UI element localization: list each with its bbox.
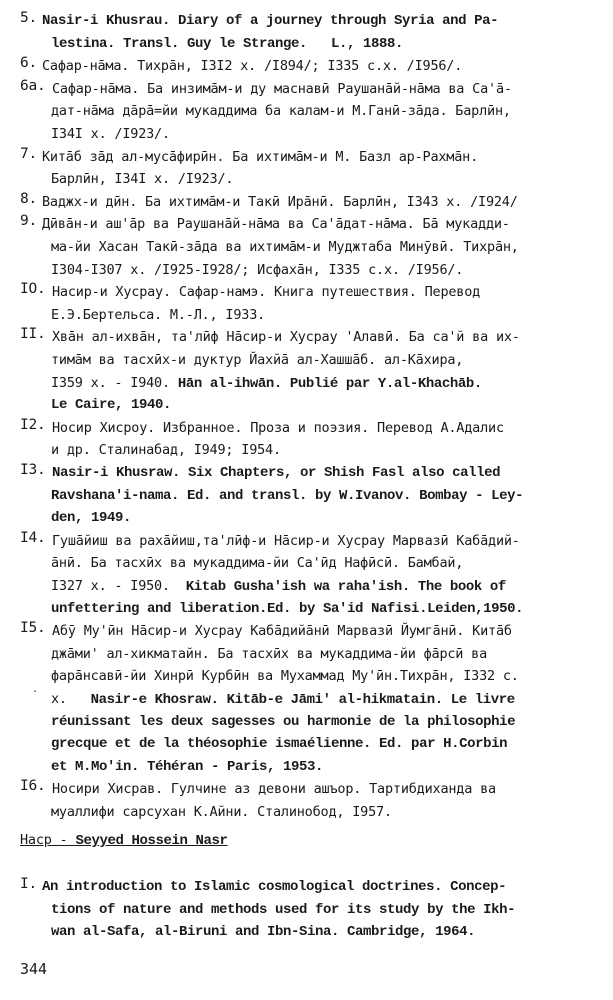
entry-line: Сафар-нāма. Тихрāн, I3I2 х. /I894/; I335… bbox=[20, 55, 595, 78]
bibliography-entry: 5.Nasir-i Khusrau. Diary of a journey th… bbox=[20, 10, 595, 55]
entry-line: I304-I307 х. /I925-I928/; Исфахāн, I335 … bbox=[20, 259, 595, 282]
entry-text: ма-йи Хасан Такӣ-зāда ва ихтимāм-и Муджт… bbox=[51, 239, 519, 255]
entry-text: Барлӣн, I34I х. /I923/. bbox=[51, 171, 233, 187]
entry-line: Барлӣн, I34I х. /I923/. bbox=[20, 168, 595, 191]
entry-line: Хвāн ал-ихвāн, та'лӣф Нāсир-и Хусрау 'Ал… bbox=[20, 326, 595, 349]
entry-text: фарāнсавӣ-йи Хинрӣ Курбӣн ва Мухаммад Му… bbox=[51, 668, 519, 684]
entry-latin-text: Kitab Gusha'ish wa raha'ish. The book of bbox=[186, 579, 506, 595]
entry-line: den, 1949. bbox=[20, 507, 595, 530]
stray-mark: · bbox=[32, 687, 38, 698]
entry-text: Насир-и Хусрау. Сафар-намэ. Книга путеше… bbox=[52, 284, 480, 300]
entry-text: Nasir-i Khusraw. Six Chapters, or Shish … bbox=[52, 465, 500, 481]
entry-text: I304-I307 х. /I925-I928/; Исфахāн, I335 … bbox=[51, 262, 463, 278]
entry-line: джāми' ал-хикматайн. Ба тасхӣх ва мукадд… bbox=[20, 643, 595, 666]
bibliography-entry: II.Хвāн ал-ихвāн, та'лӣф Нāсир-и Хусрау … bbox=[20, 326, 595, 416]
entry-number: 6. bbox=[20, 55, 37, 71]
entry-text: lestina. Transl. Guy le Strange. L., 188… bbox=[51, 36, 403, 52]
entry-number: 9. bbox=[20, 213, 37, 229]
entry-line: Дӣвāн-и аш'āр ва Раушанāй-нāма ва Са'āда… bbox=[20, 213, 595, 236]
entry-line: lestina. Transl. Guy le Strange. L., 188… bbox=[20, 33, 595, 56]
bibliography-entry: 7.Китāб зāд ал-мусāфирӣн. Ба ихтимāм-и М… bbox=[20, 146, 595, 191]
entry-text: Носири Хисрав. Гулчине аз девони ашъор. … bbox=[52, 781, 496, 797]
bibliography-entry: I2.Носир Хисроу. Избранное. Проза и поэз… bbox=[20, 417, 595, 462]
entry-number: 8. bbox=[20, 191, 37, 207]
entry-text: и др. Сталинабад, I949; I954. bbox=[51, 442, 281, 458]
bibliography-entry: I3.Nasir-i Khusraw. Six Chapters, or Shi… bbox=[20, 462, 595, 530]
entry-line: Сафар-нāма. Ба инзимāм-и ду маснавӣ Рауш… bbox=[20, 78, 595, 101]
entry-text: тимāм ва тасхӣх-и дуктур Йахйā ал-Хашшāб… bbox=[51, 352, 463, 368]
entry-number: 7. bbox=[20, 146, 37, 162]
entry-text: х. bbox=[51, 691, 91, 707]
entry-text: āнӣ. Ба тасхӣх ва мукаддима-йи Са'ӣд Наф… bbox=[51, 555, 463, 571]
bibliography-entry: 9.Дӣвāн-и аш'āр ва Раушанāй-нāма ва Са'ā… bbox=[20, 213, 595, 281]
entry-line: Насир-и Хусрау. Сафар-намэ. Книга путеше… bbox=[20, 281, 595, 304]
section-heading-latin: Seyyed Hossein Nasr bbox=[76, 833, 228, 849]
entry-line: I34I х. /I923/. bbox=[20, 123, 595, 146]
entry-line: An introduction to Islamic cosmological … bbox=[20, 876, 595, 899]
bibliography-entry: 6а.Сафар-нāма. Ба инзимāм-и ду маснавӣ Р… bbox=[20, 78, 595, 146]
bibliography-entry: I.An introduction to Islamic cosmologica… bbox=[20, 876, 595, 944]
entry-line: Гушāйиш ва рахāйиш,та'лӣф-и Нāсир-и Хуср… bbox=[20, 530, 595, 553]
bibliography-entry: 8.Ваджх-и дӣн. Ба ихтимāм-и Такӣ Ирāнӣ. … bbox=[20, 191, 595, 214]
entry-text: муаллифи сарсухан К.Айни. Сталинобод, I9… bbox=[51, 804, 392, 820]
entry-number: 6а. bbox=[20, 78, 46, 94]
entry-text: I359 х. - I940. bbox=[51, 375, 178, 391]
entry-line: дат-нāма дāрā=йи мукаддима ба калам-и М.… bbox=[20, 100, 595, 123]
entry-line: тимāм ва тасхӣх-и дуктур Йахйā ал-Хашшāб… bbox=[20, 349, 595, 372]
entry-number: 5. bbox=[20, 10, 37, 26]
entry-line: Ваджх-и дӣн. Ба ихтимāм-и Такӣ Ирāнӣ. Ба… bbox=[20, 191, 595, 214]
entry-text: Хвāн ал-ихвāн, та'лӣф Нāсир-и Хусрау 'Ал… bbox=[52, 329, 520, 345]
entry-number: I4. bbox=[20, 530, 46, 546]
entry-line: tions of nature and methods used for its… bbox=[20, 899, 595, 922]
entry-line: Ravshana'i-nama. Ed. and transl. by W.Iv… bbox=[20, 485, 595, 508]
entry-text: джāми' ал-хикматайн. Ба тасхӣх ва мукадд… bbox=[51, 646, 487, 662]
entry-text: unfettering and liberation.Ed. by Sa'id … bbox=[51, 601, 523, 617]
entry-latin-text: Hān al-ihwān. Publié par Y.al-Khachāb. bbox=[178, 376, 482, 392]
entry-line: и др. Сталинабад, I949; I954. bbox=[20, 439, 595, 462]
bibliography-entry: I4.Гушāйиш ва рахāйиш,та'лӣф-и Нāсир-и Х… bbox=[20, 530, 595, 620]
entry-number: I6. bbox=[20, 778, 46, 794]
entry-line: Le Caire, 1940. bbox=[20, 394, 595, 417]
entry-line: wan al-Safa, al-Biruni and Ibn-Sina. Cam… bbox=[20, 921, 595, 944]
entry-text: An introduction to Islamic cosmological … bbox=[42, 879, 506, 895]
entry-text: et M.Mo'in. Téhéran - Paris, 1953. bbox=[51, 759, 323, 775]
bibliography-entry: I6.Носири Хисрав. Гулчине аз девони ашъо… bbox=[20, 778, 595, 823]
entry-line: муаллифи сарсухан К.Айни. Сталинобод, I9… bbox=[20, 801, 595, 824]
entry-line: Носири Хисрав. Гулчине аз девони ашъор. … bbox=[20, 778, 595, 801]
entry-text: Сафар-нāма. Ба инзимāм-и ду маснавӣ Рауш… bbox=[52, 81, 512, 97]
bibliography-entry: 6.Сафар-нāма. Тихрāн, I3I2 х. /I894/; I3… bbox=[20, 55, 595, 78]
entry-line: et M.Mo'in. Téhéran - Paris, 1953. bbox=[20, 756, 595, 779]
entry-line: réunissant les deux sagesses ou harmonie… bbox=[20, 711, 595, 734]
entry-text: Носир Хисроу. Избранное. Проза и поэзия.… bbox=[52, 420, 504, 436]
entry-text: I34I х. /I923/. bbox=[51, 126, 170, 142]
entry-text: I327 х. - I950. bbox=[51, 578, 186, 594]
entry-line: I327 х. - I950. Kitab Gusha'ish wa raha'… bbox=[20, 575, 595, 598]
entry-line: ма-йи Хасан Такӣ-зāда ва ихтимāм-и Муджт… bbox=[20, 236, 595, 259]
entry-line: Nasir-i Khusraw. Six Chapters, or Shish … bbox=[20, 462, 595, 485]
entry-text: Ваджх-и дӣн. Ба ихтимāм-и Такӣ Ирāнӣ. Ба… bbox=[42, 194, 518, 210]
section-heading-separator: - bbox=[52, 832, 76, 848]
entry-text: den, 1949. bbox=[51, 510, 131, 526]
entry-line: āнӣ. Ба тасхӣх ва мукаддима-йи Са'ӣд Наф… bbox=[20, 552, 595, 575]
entry-line: grecque et de la théosophie ismaélienne.… bbox=[20, 733, 595, 756]
entry-line: Носир Хисроу. Избранное. Проза и поэзия.… bbox=[20, 417, 595, 440]
entry-text: Е.Э.Бертельса. М.-Л., I933. bbox=[51, 307, 265, 323]
entry-line: Абӯ Му'ӣн Нāсир-и Хусрау Кабāдийāнӣ Марв… bbox=[20, 620, 595, 643]
section-heading-cyrillic: Наср bbox=[20, 832, 52, 848]
entry-line: unfettering and liberation.Ed. by Sa'id … bbox=[20, 598, 595, 621]
entry-text: Китāб зāд ал-мусāфирӣн. Ба ихтимāм-и М. … bbox=[42, 149, 478, 165]
entry-text: Le Caire, 1940. bbox=[51, 397, 171, 413]
bibliography-entry: I5.Абӯ Му'ӣн Нāсир-и Хусрау Кабāдийāнӣ М… bbox=[20, 620, 595, 778]
entry-line: фарāнсавӣ-йи Хинрӣ Курбӣн ва Мухаммад Му… bbox=[20, 665, 595, 688]
entry-number: I5. bbox=[20, 620, 46, 636]
bibliography-entry: IO.Насир-и Хусрау. Сафар-намэ. Книга пут… bbox=[20, 281, 595, 326]
entry-number: II. bbox=[20, 326, 46, 342]
entry-number: I. bbox=[20, 876, 37, 892]
entry-number: IO. bbox=[20, 281, 46, 297]
entry-text: tions of nature and methods used for its… bbox=[51, 902, 515, 918]
entry-text: Гушāйиш ва рахāйиш,та'лӣф-и Нāсир-и Хуср… bbox=[52, 533, 520, 549]
entry-line: х. Nasir-e Khosraw. Kitāb-e Jāmi' al-hik… bbox=[20, 688, 595, 711]
entry-text: grecque et de la théosophie ismaélienne.… bbox=[51, 736, 507, 752]
entry-line: Китāб зāд ал-мусāфирӣн. Ба ихтимāм-и М. … bbox=[20, 146, 595, 169]
entry-line: I359 х. - I940. Hān al-ihwān. Publié par… bbox=[20, 372, 595, 395]
entry-line: Nasir-i Khusrau. Diary of a journey thro… bbox=[20, 10, 595, 33]
entry-text: Nasir-i Khusrau. Diary of a journey thro… bbox=[42, 13, 498, 29]
entry-text: Ravshana'i-nama. Ed. and transl. by W.Iv… bbox=[51, 488, 523, 504]
document-page: 5.Nasir-i Khusrau. Diary of a journey th… bbox=[0, 0, 613, 1000]
entry-text: réunissant les deux sagesses ou harmonie… bbox=[51, 714, 515, 730]
entry-text: Сафар-нāма. Тихрāн, I3I2 х. /I894/; I335… bbox=[42, 58, 462, 74]
entry-text: Абӯ Му'ӣн Нāсир-и Хусрау Кабāдийāнӣ Марв… bbox=[52, 623, 512, 639]
entry-line: Е.Э.Бертельса. М.-Л., I933. bbox=[20, 304, 595, 327]
page-number: 344 bbox=[20, 960, 47, 978]
entry-text: Дӣвāн-и аш'āр ва Раушанāй-нāма ва Са'āда… bbox=[42, 216, 510, 232]
entry-text: дат-нāма дāрā=йи мукаддима ба калам-и М.… bbox=[51, 103, 511, 119]
section-heading: Наср - Seyyed Hossein Nasr bbox=[20, 832, 228, 849]
entry-latin-text: Nasir-e Khosraw. Kitāb-e Jāmi' al-hikmat… bbox=[91, 692, 515, 708]
entry-text: wan al-Safa, al-Biruni and Ibn-Sina. Cam… bbox=[51, 924, 475, 940]
entry-number: I2. bbox=[20, 417, 46, 433]
entry-number: I3. bbox=[20, 462, 46, 478]
